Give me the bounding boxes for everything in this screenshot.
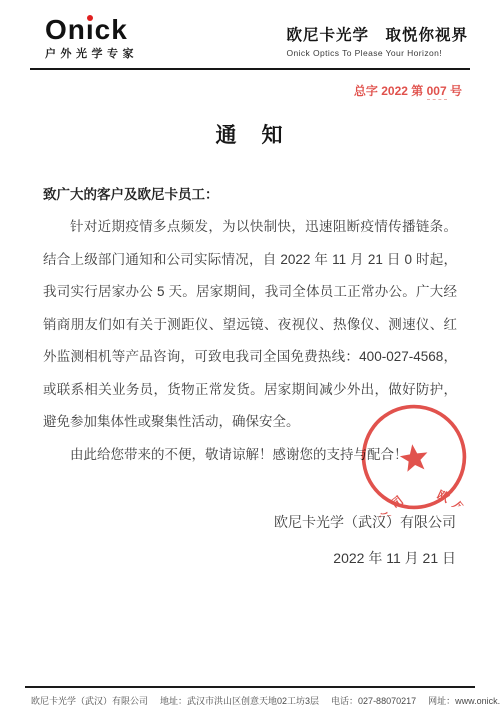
brand-slogan-en: Onick Optics To Please Your Horizon! xyxy=(286,48,468,58)
document-number-value: 007 xyxy=(427,84,447,100)
onick-logo: Onıck 户外光学专家 xyxy=(45,16,138,60)
signature-date: 2022 年 11 月 21 日 xyxy=(44,543,456,573)
footer-phone: 电话：027-88070217 xyxy=(331,696,416,706)
logo-wordmark: Onıck xyxy=(45,16,128,44)
body-paragraph: 针对近期疫情多点频发，为以快制快，迅速阻断疫情传播链条。结合上级部门通知和公司实… xyxy=(43,211,457,439)
letterhead: Onıck 户外光学专家 欧尼卡光学 取悦你视界 Onick Optics To… xyxy=(0,0,500,60)
footer-website: 网址：www.onick.com.cn xyxy=(428,696,500,706)
brand-slogan-cn: 欧尼卡光学 取悦你视界 xyxy=(286,23,468,45)
notice-title: 通 知 xyxy=(0,119,500,149)
notice-body: 致广大的客户及欧尼卡员工： 针对近期疫情多点频发，为以快制快，迅速阻断疫情传播链… xyxy=(0,179,500,471)
page-footer: 欧尼卡光学（武汉）有限公司地址：武汉市洪山区创意天地02工坊3层电话：027-8… xyxy=(25,686,475,707)
body-paragraph: 由此给您带来的不便，敬请谅解！感谢您的支持与配合！ xyxy=(43,439,457,472)
notice-document-page: Onıck 户外光学专家 欧尼卡光学 取悦你视界 Onick Optics To… xyxy=(0,0,500,727)
letterhead-divider xyxy=(30,68,470,70)
document-number: 总字 2022 第 007 号 xyxy=(0,82,462,99)
document-number-prefix: 总字 2022 第 xyxy=(354,84,427,98)
letterhead-right: 欧尼卡光学 取悦你视界 Onick Optics To Please Your … xyxy=(286,16,468,58)
footer-address: 地址：武汉市洪山区创意天地02工坊3层 xyxy=(160,696,319,706)
document-number-suffix: 号 xyxy=(447,84,462,98)
logo-text-left: On xyxy=(45,14,86,45)
signature-company: 欧尼卡光学（武汉）有限公司 xyxy=(44,507,456,537)
logo-text-right: ck xyxy=(95,14,128,45)
logo-letter-i: ı xyxy=(86,16,95,44)
logo-tagline: 户外光学专家 xyxy=(45,49,138,60)
logo-red-dot-icon xyxy=(87,15,93,21)
footer-company: 欧尼卡光学（武汉）有限公司 xyxy=(31,696,148,706)
signature-block: 欧尼卡光学（武汉）有限公司 2022 年 11 月 21 日 xyxy=(0,507,500,573)
salutation: 致广大的客户及欧尼卡员工： xyxy=(43,179,457,211)
